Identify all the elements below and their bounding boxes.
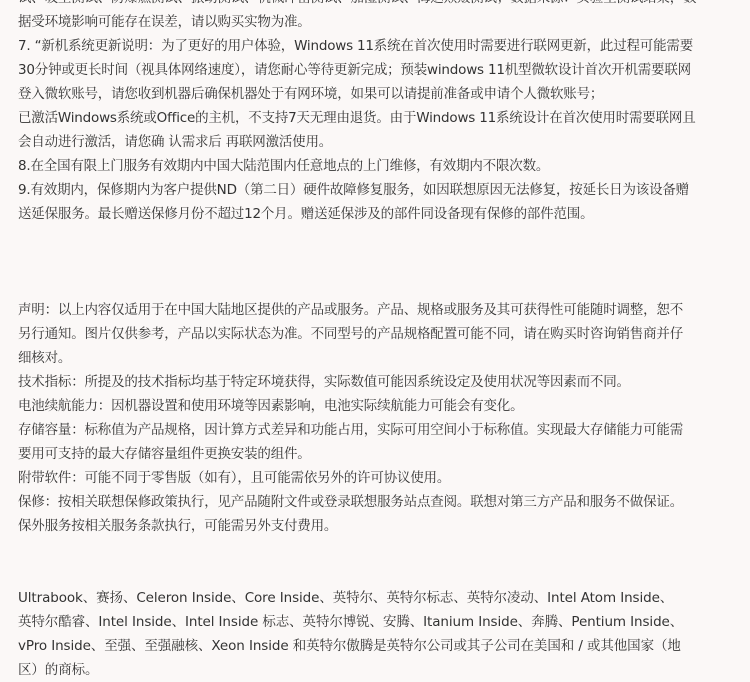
section-spacer <box>18 538 734 586</box>
trademark-section: Ultrabook、赛扬、Celeron Inside、Core Inside、… <box>18 586 734 682</box>
disclaimer-section: 声明：以上内容仅适用于在中国大陆地区提供的产品或服务。产品、规格或服务及其可获得… <box>18 298 734 538</box>
notes-line: 7. “新机系统更新说明：为了更好的用户体验，Windows 11系统在首次使用… <box>18 34 734 58</box>
trademark-line: 区）的商标。 <box>18 658 734 682</box>
product-notes-page: 试、吸尘测试、防爆燃测试、振动测试、机械冲击测试、加湿测试、海运颠簸测试；数据来… <box>18 0 734 682</box>
trademark-line: Ultrabook、赛扬、Celeron Inside、Core Inside、… <box>18 586 734 610</box>
disclaimer-line: 保修：按相关联想保修政策执行，见产品随附文件或登录联想服务站点查阅。联想对第三方… <box>18 490 734 514</box>
disclaimer-line: 要用可支持的最大存储容量组件更换安装的组件。 <box>18 442 734 466</box>
notes-line: 据受环境影响可能存在误差，请以购买实物为准。 <box>18 10 734 34</box>
disclaimer-line: 附带软件：可能不同于零售版（如有），且可能需依另外的许可协议使用。 <box>18 466 734 490</box>
trademark-line: vPro Inside、至强、至强融核、Xeon Inside 和英特尔傲腾是英… <box>18 634 734 658</box>
disclaimer-line: 技术指标：所提及的技术指标均基于特定环境获得，实际数值可能因系统设定及使用状况等… <box>18 370 734 394</box>
notes-line: 8.在全国有限上门服务有效期内中国大陆范围内任意地点的上门维修，有效期内不限次数… <box>18 154 734 178</box>
notes-line: 送延保服务。最长赠送保修月份不超过12个月。赠送延保涉及的部件同设备现有保修的部… <box>18 202 734 226</box>
disclaimer-line: 存储容量：标称值为产品规格，因计算方式差异和功能占用，实际可用空间小于标称值。实… <box>18 418 734 442</box>
notes-line: 登入微软账号，请您收到机器后确保机器处于有网环境，如果可以请提前准备或申请个人微… <box>18 82 734 106</box>
disclaimer-line: 细核对。 <box>18 346 734 370</box>
section-spacer <box>18 226 734 298</box>
notes-line: 会自动进行激活，请您确 认需求后 再联网激活使用。 <box>18 130 734 154</box>
service-notes-section: 试、吸尘测试、防爆燃测试、振动测试、机械冲击测试、加湿测试、海运颠簸测试；数据来… <box>18 0 734 226</box>
notes-line: 已激活Windows系统或Office的主机，不支持7天无理由退货。由于Wind… <box>18 106 734 130</box>
disclaimer-line: 另行通知。图片仅供参考，产品以实际状态为准。不同型号的产品规格配置可能不同，请在… <box>18 322 734 346</box>
disclaimer-line: 电池续航能力：因机器设置和使用环境等因素影响，电池实际续航能力可能会有变化。 <box>18 394 734 418</box>
disclaimer-line: 声明：以上内容仅适用于在中国大陆地区提供的产品或服务。产品、规格或服务及其可获得… <box>18 298 734 322</box>
notes-line: 试、吸尘测试、防爆燃测试、振动测试、机械冲击测试、加湿测试、海运颠簸测试；数据来… <box>18 0 734 10</box>
notes-line: 30分钟或更长时间（视具体网络速度），请您耐心等待更新完成；预装windows … <box>18 58 734 82</box>
notes-line: 9.有效期内，保修期内为客户提供ND（第二日）硬件故障修复服务，如因联想原因无法… <box>18 178 734 202</box>
disclaimer-line: 保外服务按相关服务条款执行，可能需另外支付费用。 <box>18 514 734 538</box>
trademark-line: 英特尔酷睿、Intel Inside、Intel Inside 标志、英特尔博锐… <box>18 610 734 634</box>
